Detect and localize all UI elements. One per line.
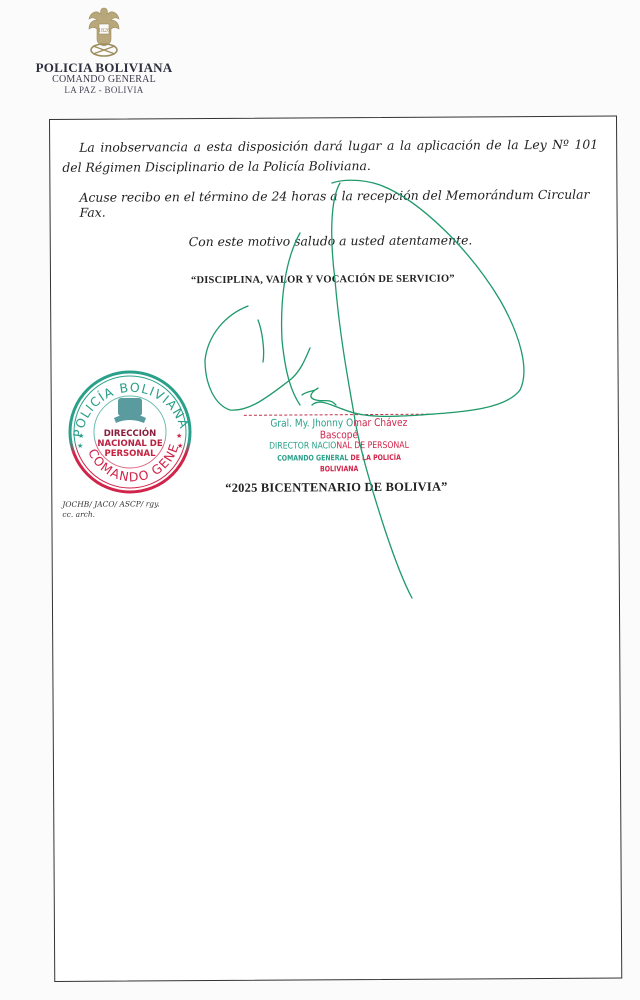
police-crest-icon: 1826	[84, 6, 124, 58]
letterhead: 1826 POLICIA BOLIVIANA COMANDO GENERAL L…	[24, 6, 184, 95]
closing-salutation: Con este motivo saludo a usted atentamen…	[189, 232, 473, 249]
signature-line	[244, 414, 434, 416]
bicentennial-slogan: “2025 BICENTENARIO DE BOLIVIA”	[225, 480, 447, 496]
city-name: LA PAZ - BOLIVIA	[24, 85, 184, 95]
signatory-name-part1: Gral. My. Jhonny O	[270, 417, 353, 430]
paragraph-acknowledgement: Acuse recibo en el término de 24 horas a…	[79, 187, 616, 220]
star-icon: ★	[78, 432, 84, 440]
institution-name: POLICIA BOLIVIANA	[24, 61, 184, 75]
document-frame: La inobservancia a esta disposición dará…	[49, 116, 622, 982]
official-stamp: POLICÍA BOLIVIANA COMANDO GENERAL ★ ★ ★ …	[60, 368, 200, 500]
signatory-role-part1: DIRECTOR NACIO	[269, 441, 336, 451]
signature-block: Gral. My. Jhonny Omar Chávez Bascopé DIR…	[244, 414, 434, 475]
star-icon: ★	[176, 432, 182, 440]
stamp-center-line-2: NACIONAL DE	[97, 439, 162, 449]
stamp-center-line-3: PERSONAL	[104, 449, 156, 459]
paragraph-disciplinary-notice: La inobservancia a esta disposición dará…	[62, 135, 598, 178]
copy-archive-line: cc. arch.	[62, 509, 159, 520]
command-name: COMANDO GENERAL	[24, 75, 184, 85]
signatory-organization: COMANDO GENERAL DE LA POLICÍA BOLIVIANA	[261, 452, 417, 475]
stamp-crest-icon	[114, 398, 146, 423]
signatory-name: Gral. My. Jhonny Omar Chávez Bascopé	[257, 417, 421, 442]
star-icon: ★	[177, 442, 183, 450]
signatory-org-part1: COMANDO GENERAL	[277, 453, 348, 462]
institutional-motto: “DISCIPLINA, VALOR Y VOCACIÓN DE SERVICI…	[191, 274, 455, 287]
svg-text:1826: 1826	[98, 28, 110, 34]
stamp-center-line-1: DIRECCIÓN	[104, 427, 157, 439]
initials-line: JOCHB/ JACO/ ASCP/ rgy.	[62, 499, 159, 510]
star-icon: ★	[77, 442, 83, 450]
reference-initials: JOCHB/ JACO/ ASCP/ rgy. cc. arch.	[62, 499, 159, 520]
signatory-role-part2: NAL DE PERSONAL	[336, 441, 409, 451]
